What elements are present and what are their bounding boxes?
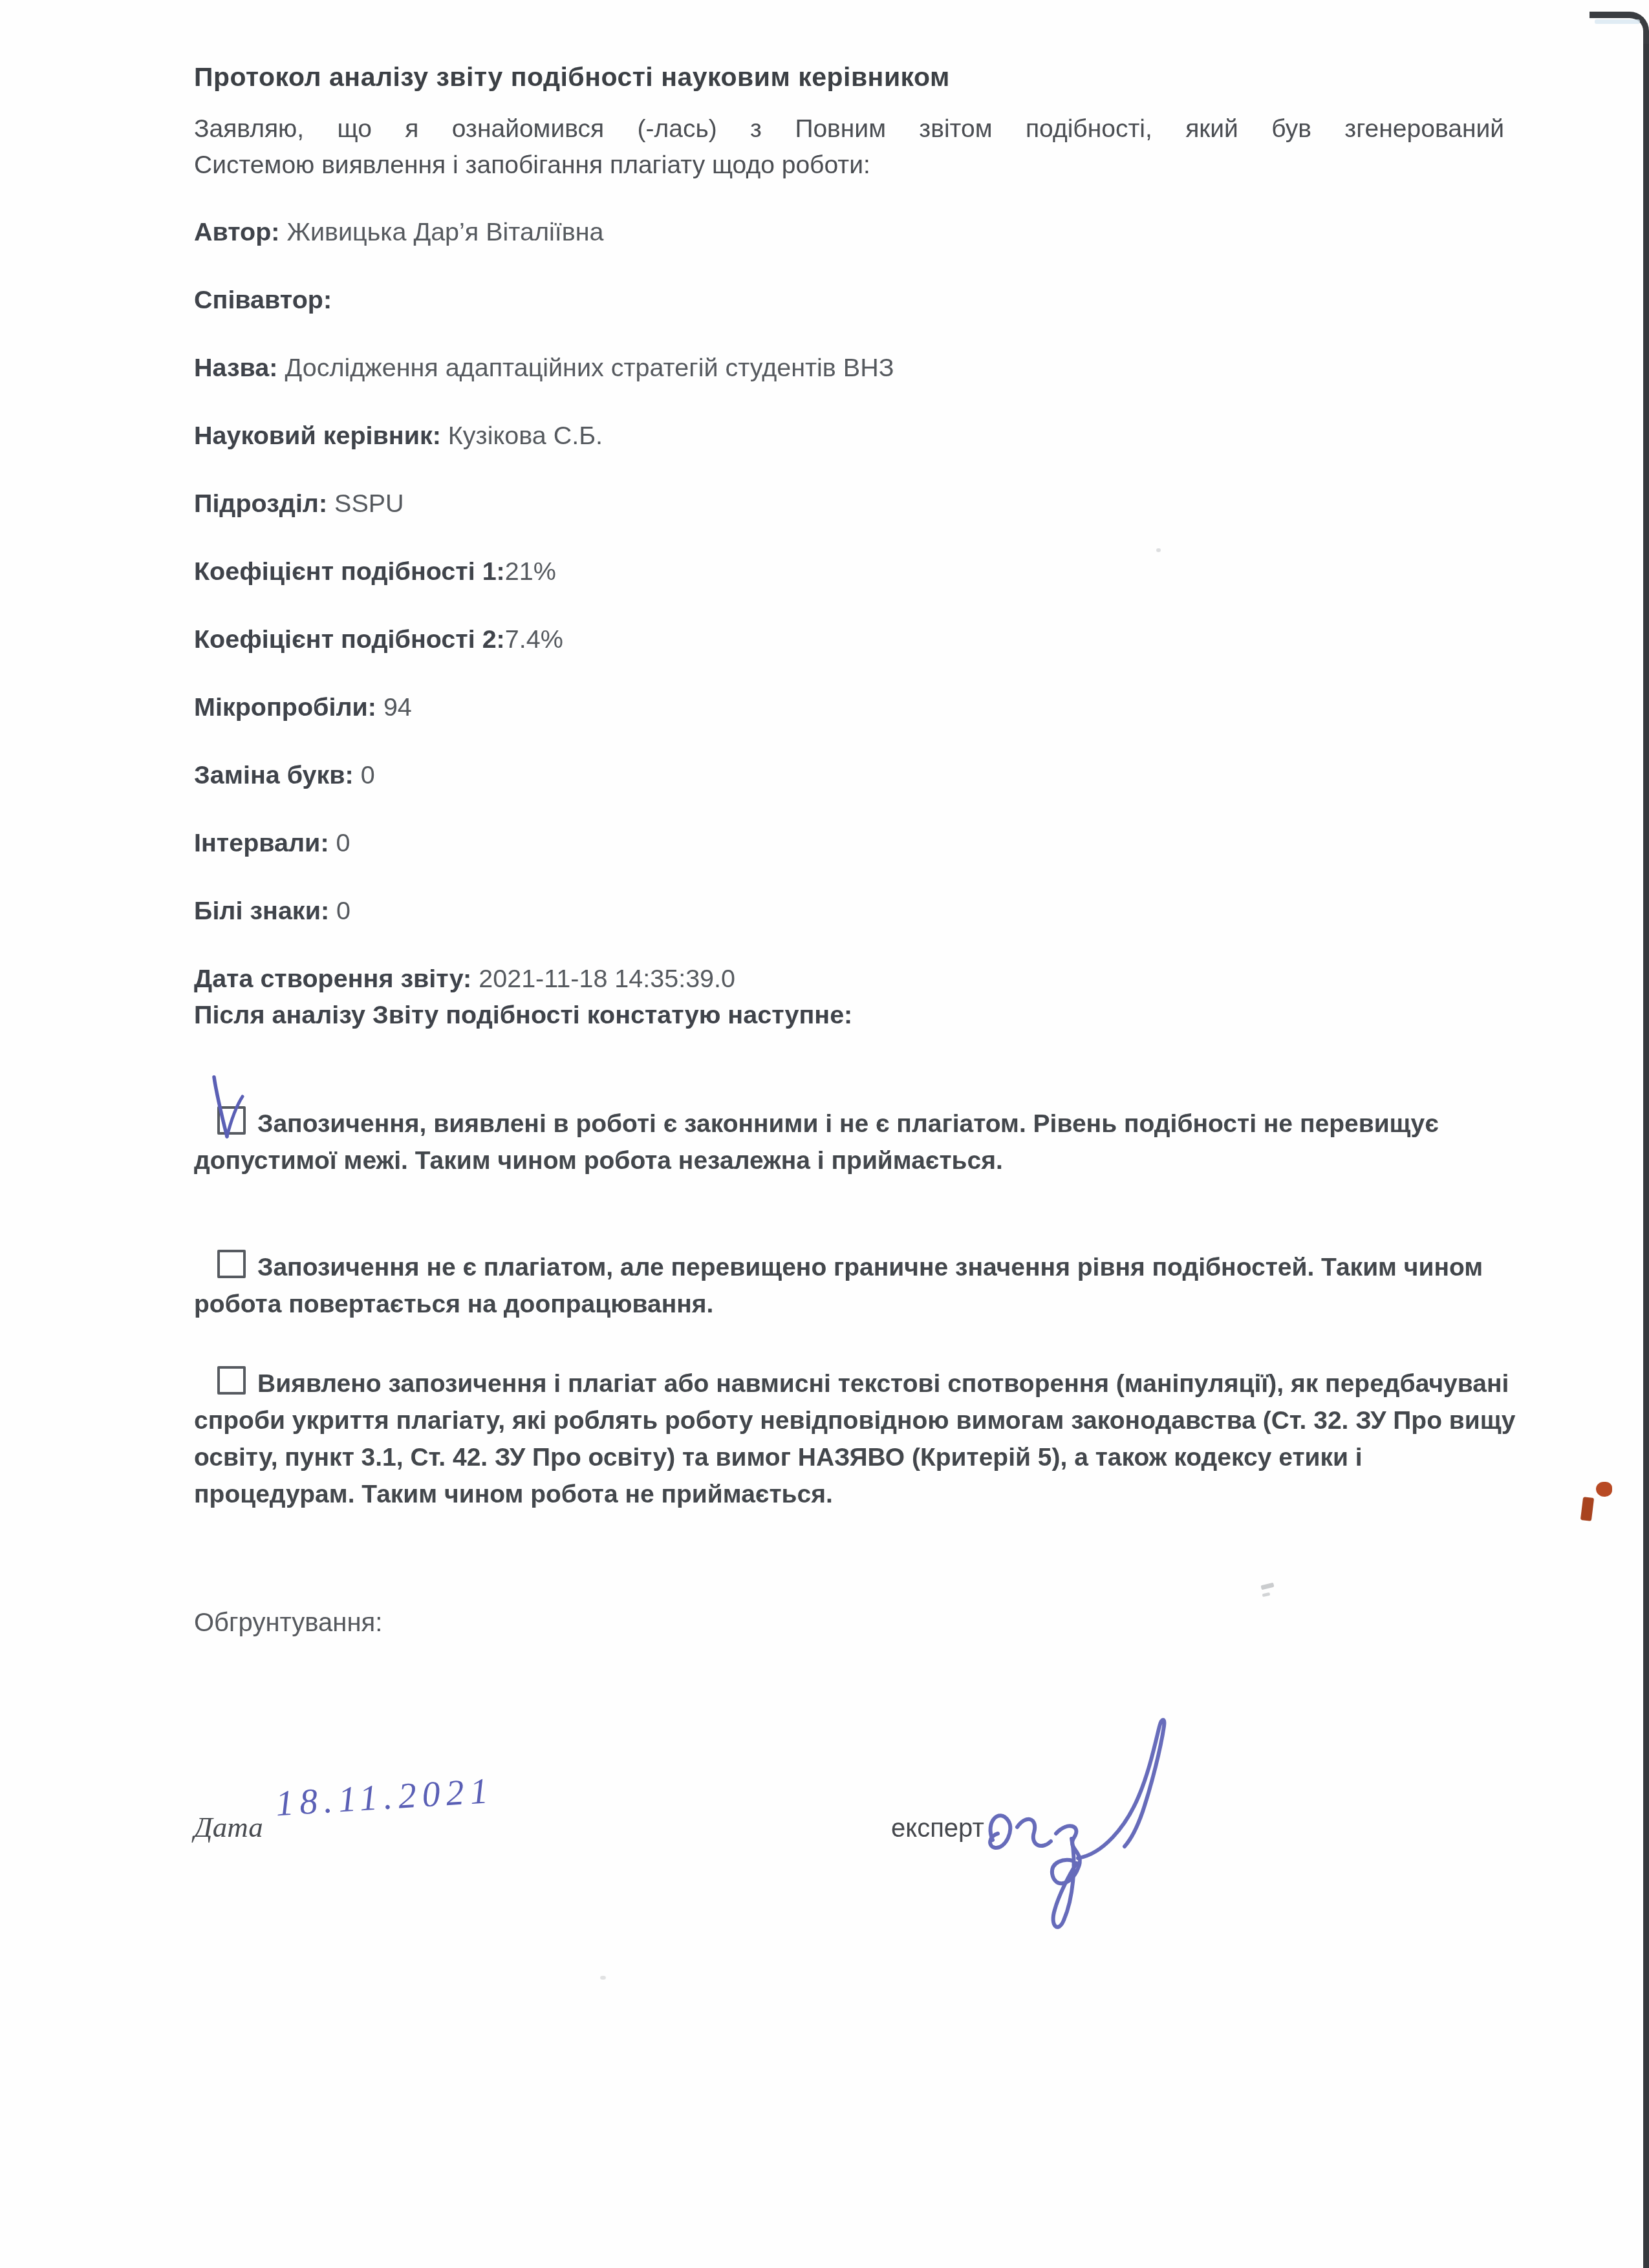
date-label: Дата xyxy=(194,1810,263,1844)
field-label: Підрозділ: xyxy=(194,489,327,518)
option-text: Виявлено запозичення і плагіат або навми… xyxy=(194,1370,1515,1508)
expert-signature xyxy=(973,1699,1225,1945)
field-label: Коефіцієнт подібності 1: xyxy=(194,557,505,586)
field-value: 0 xyxy=(329,829,350,857)
field-microspaces: Мікропробіли: 94 xyxy=(194,693,412,727)
field-author: Автор: Живицька Дар’я Віталіївна xyxy=(194,218,604,251)
field-label: Коефіцієнт подібності 2: xyxy=(194,625,505,654)
option-accepted: Запозичення, виявлені в роботі є законни… xyxy=(194,1106,1524,1179)
scanned-protocol-page: Протокол аналізу звіту подібності науков… xyxy=(0,0,1649,2268)
field-label: Автор: xyxy=(194,218,280,246)
handwritten-date: 18.11.2021 xyxy=(274,1770,495,1825)
justification-label: Обгрунтування: xyxy=(194,1609,382,1638)
field-value: 0 xyxy=(354,761,375,789)
field-value: Кузікова С.Б. xyxy=(441,422,603,450)
page-title: Протокол аналізу звіту подібності науков… xyxy=(194,62,950,92)
option-text: Запозичення, виявлені в роботі є законни… xyxy=(194,1110,1439,1175)
option-rejected: Виявлено запозичення і плагіат або навми… xyxy=(194,1365,1524,1513)
field-value: 2021-11-18 14:35:39.0 xyxy=(471,965,735,993)
field-report-date: Дата створення звіту: 2021-11-18 14:35:3… xyxy=(194,965,735,998)
field-value: Живицька Дар’я Віталіївна xyxy=(280,218,604,246)
field-supervisor: Науковий керівник: Кузікова С.Б. xyxy=(194,422,603,455)
field-similarity-1: Коефіцієнт подібності 1:21% xyxy=(194,557,556,591)
field-white-signs: Білі знаки: 0 xyxy=(194,897,350,930)
field-label: Дата створення звіту: xyxy=(194,965,471,993)
field-value: 0 xyxy=(329,897,350,925)
field-value: 21% xyxy=(505,557,556,586)
field-value: Дослідження адаптаційних стратегій студе… xyxy=(278,354,894,382)
field-intervals: Інтервали: 0 xyxy=(194,829,350,862)
option-rework: Запозичення не є плагіатом, але перевище… xyxy=(194,1249,1524,1323)
field-label: Заміна букв: xyxy=(194,761,354,789)
intro-paragraph: Заявляю, що я ознайомився (-лась) з Повн… xyxy=(194,111,1504,184)
field-label: Білі знаки: xyxy=(194,897,329,925)
field-similarity-2: Коефіцієнт подібності 2:7.4% xyxy=(194,625,563,659)
intro-line: Заявляю, що я ознайомився (-лась) з Повн… xyxy=(194,111,1504,147)
field-value: 94 xyxy=(376,693,412,722)
field-value: SSPU xyxy=(327,489,404,518)
intro-line: Системою виявлення і запобігання плагіат… xyxy=(194,147,1504,184)
field-label: Мікропробіли: xyxy=(194,693,376,722)
option-text: Запозичення не є плагіатом, але перевище… xyxy=(194,1254,1483,1318)
scan-speck xyxy=(1156,548,1161,552)
field-label: Співавтор: xyxy=(194,286,332,314)
scan-speck xyxy=(600,1976,606,1980)
checkbox-rejected xyxy=(217,1366,246,1395)
field-department: Підрозділ: SSPU xyxy=(194,489,404,523)
field-value: 7.4% xyxy=(505,625,563,654)
scan-speck xyxy=(1262,1592,1271,1597)
scan-speck xyxy=(1260,1583,1274,1590)
red-ink-speck xyxy=(1596,1482,1612,1497)
handwritten-checkmark xyxy=(206,1073,252,1146)
field-title: Назва: Дослідження адаптаційних стратегі… xyxy=(194,354,894,387)
red-ink-speck xyxy=(1580,1497,1594,1521)
field-letter-substitution: Заміна букв: 0 xyxy=(194,761,375,795)
field-label: Назва: xyxy=(194,354,278,382)
statement-intro: Після аналізу Звіту подібності констатую… xyxy=(194,1001,852,1030)
scan-edge-right xyxy=(1643,44,1649,2268)
expert-label: експерт xyxy=(891,1814,984,1843)
field-label: Науковий керівник: xyxy=(194,422,441,450)
scan-edge-corner xyxy=(1590,12,1649,52)
field-label: Інтервали: xyxy=(194,829,329,857)
checkbox-rework xyxy=(217,1250,246,1278)
field-coauthor: Співавтор: xyxy=(194,286,332,319)
scan-edge-highlight xyxy=(1595,19,1640,24)
